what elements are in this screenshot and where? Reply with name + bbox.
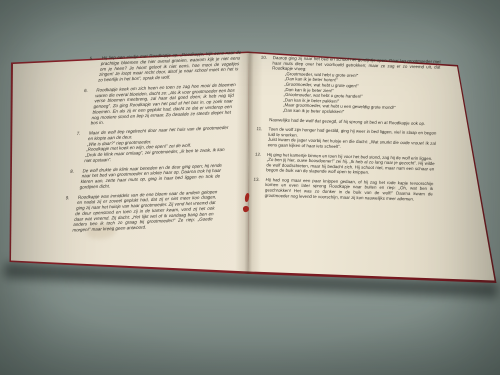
paragraph: 11.Toen de wolf zijn honger had gestild,…	[256, 126, 437, 151]
paragraph-text: Roodkapje was inmiddels van de ene bloem…	[72, 189, 218, 233]
text-line: Nauwelijks had de wolf dat gezegd, of hi…	[269, 117, 437, 126]
paragraph: 5.Hij liep een eindje met Roodkapje op. …	[85, 50, 241, 84]
text-line: Hij liep een eindje met Roodkapje op. „R…	[98, 50, 242, 83]
text-line: Roodkapje was inmiddels van de ene bloem…	[72, 189, 218, 233]
paragraph: 12.Hij ging het kamertje binnen en toen …	[254, 152, 435, 177]
paragraph: 6.Roodkapje keek om zich heen en toen ze…	[78, 82, 236, 127]
paragraph: 13.Hij had nog maar een paar knippen ged…	[253, 177, 434, 202]
right-page-text: 10.Daarop ging zij naar het bed en schoo…	[245, 55, 447, 329]
paragraph-text: Maar de wolf liep regelrecht door naar h…	[84, 125, 229, 164]
text-line: „Zo ben jij hier, ouwe boosdoener!” zei …	[266, 157, 435, 177]
paragraph-text: De wolf drukte de klink naar beneden en …	[79, 162, 222, 190]
text-line: Hij had nog maar een paar knippen gedaan…	[265, 177, 434, 202]
paragraph: 8.De wolf drukte de klink naar beneden e…	[67, 162, 222, 190]
paragraph: 10.Daarop ging zij naar het bed en schoo…	[257, 55, 441, 126]
text-line: Roodkapje keek om zich heen en toen ze z…	[90, 82, 236, 126]
paragraph-text: Daarop ging zij naar het bed en schoof h…	[269, 55, 441, 126]
paragraph-text: Hij ging het kamertje binnen en toen hij…	[266, 152, 435, 177]
paragraph: 7.Maar de wolf liep regelrecht door naar…	[72, 125, 229, 164]
paragraph-text: Hij had nog maar een paar knippen gedaan…	[265, 177, 434, 202]
text-line: De wolf drukte de klink naar beneden en …	[79, 162, 222, 190]
paragraph-text: Hij liep een eindje met Roodkapje op. „R…	[98, 50, 242, 83]
paragraph-text: Toen de wolf zijn honger had gestild, gi…	[268, 127, 437, 152]
paragraph-text: Roodkapje keek om zich heen en toen ze z…	[90, 82, 236, 126]
photo-open-storybook: 5.Hij liep een eindje met Roodkapje op. …	[0, 0, 500, 375]
paragraph: 9.Roodkapje was inmiddels van de ene blo…	[60, 189, 218, 234]
